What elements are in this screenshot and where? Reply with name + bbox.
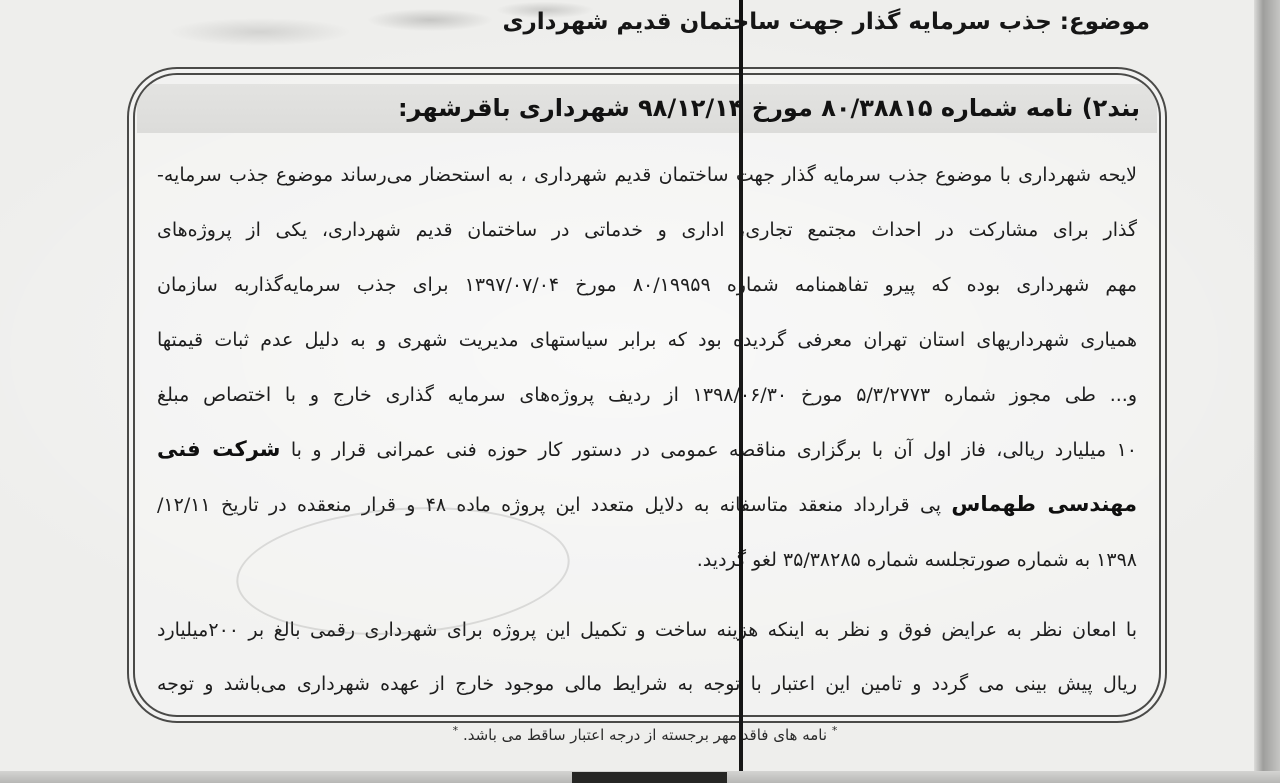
scan-edge-shadow-right bbox=[1254, 0, 1280, 783]
text-line: ۱۰ میلیارد ریالی، فاز اول آن با برگزاری … bbox=[157, 422, 1137, 477]
text-line: و... طی مجوز شماره ۵/۳/۲۷۷۳ مورخ ۱۳۹۸/۰۶… bbox=[157, 367, 1137, 422]
footnote: * نامه های فاقد مهر برجسته از درجه اعتبا… bbox=[127, 724, 1163, 744]
text-line: مهندسی طهماس پی قرارداد منعقد متاسفانه ب… bbox=[157, 477, 1137, 532]
letter-frame: بند۲) نامه شماره ۸۰/۳۸۸۱۵ مورخ ۹۸/۱۲/۱۴ … bbox=[127, 67, 1167, 723]
footnote-asterisk: * bbox=[453, 724, 459, 737]
scan-fold-line bbox=[739, 0, 743, 783]
section-header: بند۲) نامه شماره ۸۰/۳۸۸۱۵ مورخ ۹۸/۱۲/۱۴ … bbox=[137, 84, 1157, 133]
text-line: لایحه شهرداری با موضوع جذب سرمایه گذار ج… bbox=[157, 147, 1137, 202]
footnote-asterisk: * bbox=[832, 724, 838, 737]
scanned-letter-page: موضوع: جذب سرمایه گذار جهت ساختمان قدیم … bbox=[0, 0, 1280, 783]
footnote-text: نامه های فاقد مهر برجسته از درجه اعتبار … bbox=[463, 726, 827, 744]
text-line: گذار برای مشارکت در احداث مجتمع تجاری، ا… bbox=[157, 202, 1137, 257]
text-line: ریال پیش بینی می گردد و تامین این اعتبار… bbox=[157, 657, 1137, 711]
text-line: همیاری شهرداریهای استان تهران معرفی گردی… bbox=[157, 312, 1137, 367]
subject-line: موضوع: جذب سرمایه گذار جهت ساختمان قدیم … bbox=[502, 9, 1150, 35]
text-line: مهم شهرداری بوده که پیرو تفاهمنامه شماره… bbox=[157, 257, 1137, 312]
scan-bottom-dark-mark bbox=[572, 772, 727, 783]
bold-company-name: مهندسی طهماس bbox=[951, 492, 1137, 516]
bold-company-name: شرکت فنی bbox=[157, 437, 280, 461]
paragraph-body: لایحه شهرداری با موضوع جذب سرمایه گذار ج… bbox=[157, 147, 1137, 587]
